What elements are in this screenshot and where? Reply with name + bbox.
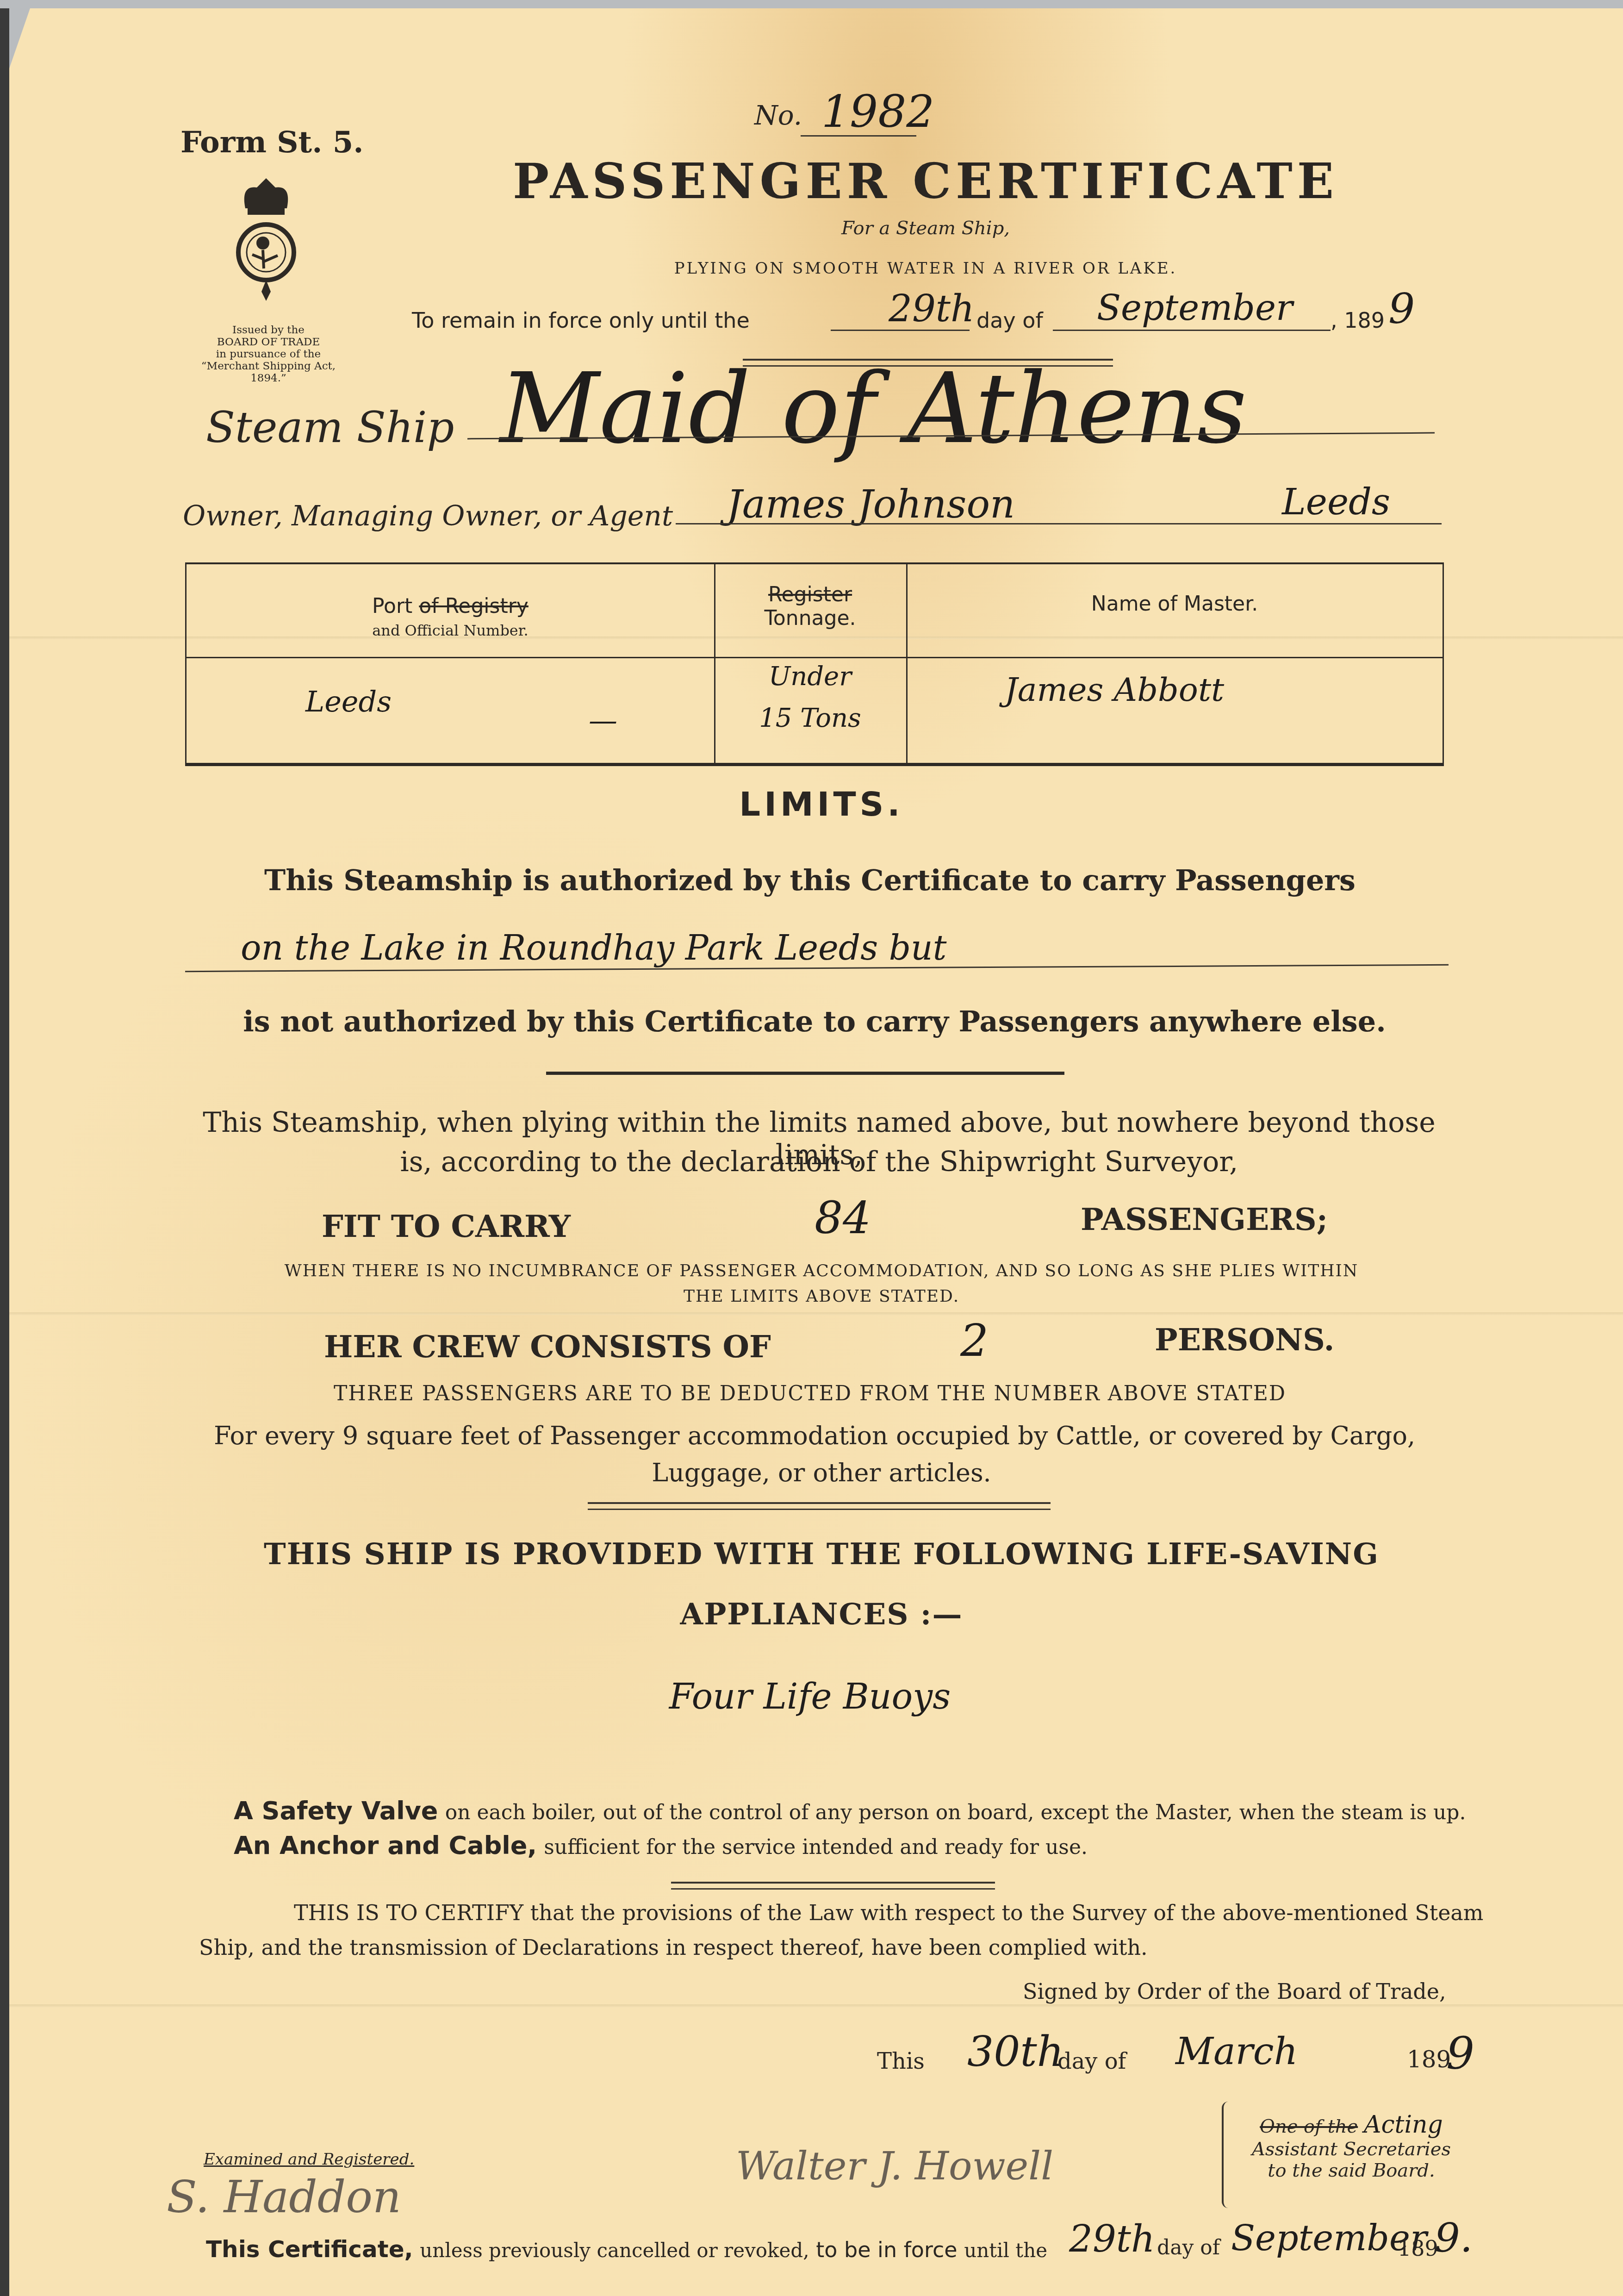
appliances-items: Four Life Buoys xyxy=(555,1676,1064,1717)
port-header-sub: and Official Number. xyxy=(187,622,714,639)
safety-valve-label: A Safety Valve xyxy=(234,1796,438,1825)
registry-table: Port of Registry and Official Number. Re… xyxy=(185,562,1444,766)
certificate-number-value: 1982 xyxy=(821,86,934,137)
capacity-separator xyxy=(588,1502,1051,1510)
footer-in-force: to be in force xyxy=(816,2237,957,2262)
footer-year-prefix: 189 xyxy=(1398,2236,1438,2261)
owner-underline xyxy=(676,523,1442,524)
crew-count: 2 xyxy=(960,1315,989,1366)
expiry-day-of-label: day of xyxy=(976,308,1043,333)
issue-year-prefix: 189 xyxy=(1407,2046,1451,2073)
owner-name: James Johnson xyxy=(727,481,1015,527)
footer-lead: This Certificate, xyxy=(206,2236,413,2263)
limits-separator xyxy=(546,1072,1064,1075)
tonnage-value-line1: Under xyxy=(714,661,906,692)
fit-to-carry-label: FIT TO CARRY xyxy=(322,1208,571,1244)
anchor-text: sufficient for the service intended and … xyxy=(544,1835,1088,1859)
passengers-label: PASSENGERS; xyxy=(1081,1201,1328,1237)
validity-footer: This Certificate, unless previously canc… xyxy=(206,2236,1047,2263)
safety-valve-line: A Safety Valve on each boiler, out of th… xyxy=(234,1796,1466,1825)
tonnage-header: Register Tonnage. xyxy=(714,583,906,630)
issue-year-suffix: 9 xyxy=(1446,2028,1474,2079)
not-authorized-clause: is not authorized by this Certificate to… xyxy=(185,1004,1444,1038)
issued-by-line: Issued by the xyxy=(185,324,352,336)
port-header-main: Port xyxy=(372,594,412,618)
every-9-sqft-line2: Luggage, or other articles. xyxy=(602,1458,1041,1487)
condition-line1: WHEN THERE IS NO INCUMBRANCE OF PASSENGE… xyxy=(185,1261,1458,1280)
limits-area: on the Lake in Roundhay Park Leeds but xyxy=(241,928,946,968)
certificate-subtitle: For a Steam Ship, xyxy=(694,218,1157,239)
anchor-label: An Anchor and Cable, xyxy=(234,1831,537,1860)
examiner-signature: S. Haddon xyxy=(167,2171,401,2223)
deduct-clause: THREE PASSENGERS ARE TO BE DEDUCTED FROM… xyxy=(278,1382,1342,1405)
ship-name: Maid of Athens xyxy=(500,352,1247,465)
certify-text: that the provisions of the Law with resp… xyxy=(530,1900,1484,1925)
table-row-divider xyxy=(187,657,1443,658)
issued-by-line: BOARD OF TRADE xyxy=(185,336,352,348)
number-underline xyxy=(801,135,916,137)
crew-label: HER CREW CONSISTS OF xyxy=(324,1329,771,1365)
capacity-line2: is, according to the declaration of the … xyxy=(176,1146,1462,1178)
certify-line1: THIS IS TO CERTIFY that the provisions o… xyxy=(294,1900,1483,1925)
owner-place: Leeds xyxy=(1282,481,1390,523)
issue-this-label: This xyxy=(877,2048,925,2074)
port-header: Port of Registry and Official Number. xyxy=(187,594,714,639)
scanner-frame-left xyxy=(0,8,9,2296)
issued-by-line: in pursuance of the xyxy=(185,348,352,360)
safety-valve-text: on each boiler, out of the control of an… xyxy=(445,1801,1466,1824)
certify-caps: THIS IS TO CERTIFY xyxy=(294,1900,523,1925)
steam-ship-label: Steam Ship xyxy=(206,403,454,452)
title-line3: to the said Board. xyxy=(1231,2160,1472,2181)
master-value: James Abbott xyxy=(906,671,1323,709)
port-header-struck: of Registry xyxy=(419,594,529,618)
expiry-year-suffix: 9 xyxy=(1388,285,1415,333)
condition-line2: THE LIMITS ABOVE STATED. xyxy=(602,1287,1041,1306)
plying-clause: PLYING ON SMOOTH WATER IN A RIVER OR LAK… xyxy=(555,259,1296,278)
issue-month: March xyxy=(1175,2030,1298,2073)
footer-day-of: day of xyxy=(1157,2236,1220,2259)
issued-by-block: Issued by the BOARD OF TRADE in pursuanc… xyxy=(185,324,352,384)
tonnage-header-struck: Register xyxy=(714,583,906,606)
issue-day-of-label: day of xyxy=(1057,2048,1126,2074)
scanner-frame-top xyxy=(0,0,1623,8)
appliances-heading-line1: THIS SHIP IS PROVIDED WITH THE FOLLOWING… xyxy=(185,1537,1458,1572)
paper-fold-line xyxy=(9,2004,1623,2007)
passenger-capacity: 84 xyxy=(815,1192,871,1244)
every-9-sqft-line1: For every 9 square feet of Passenger acc… xyxy=(185,1421,1444,1450)
footer-day: 29th xyxy=(1069,2217,1155,2260)
port-value: Leeds xyxy=(279,685,418,718)
crew-suffix: PERSONS. xyxy=(1155,1322,1335,1358)
authorized-clause: This Steamship is authorized by this Cer… xyxy=(185,863,1435,897)
footer-year-suffix: 9. xyxy=(1435,2215,1473,2261)
expiry-day: 29th xyxy=(889,287,974,330)
paper-fold-line xyxy=(9,1312,1623,1315)
expiry-month-underline xyxy=(1053,330,1331,331)
footer-until: until the xyxy=(964,2239,1047,2262)
expiry-month: September xyxy=(1097,287,1293,328)
master-header: Name of Master. xyxy=(906,592,1443,616)
footer-middle: unless previously cancelled or revoked, xyxy=(420,2239,809,2262)
issued-by-line: “Merchant Shipping Act, 1894.” xyxy=(185,360,352,384)
examined-registered-label: Examined and Registered. xyxy=(204,2150,414,2169)
secretary-title: One of the Acting Assistant Secretaries … xyxy=(1231,2111,1472,2181)
limits-heading: LIMITS. xyxy=(463,785,1180,824)
tonnage-header-label: Tonnage. xyxy=(714,606,906,630)
title-line2: Assistant Secretaries xyxy=(1231,2139,1472,2160)
board-of-trade-crest-icon xyxy=(231,176,301,306)
certificate-number-label: No. xyxy=(754,100,802,131)
title-brace xyxy=(1222,2102,1228,2208)
appliances-separator xyxy=(671,1882,995,1890)
title-struck: One of the xyxy=(1260,2116,1358,2137)
certificate-title: PASSENGER CERTIFICATE xyxy=(509,153,1342,210)
secretary-signature: Walter J. Howell xyxy=(736,2143,1053,2189)
appliances-heading-line2: APPLIANCES :— xyxy=(602,1597,1041,1632)
tonnage-value-line2: 15 Tons xyxy=(714,703,906,733)
remain-in-force-label: To remain in force only until the xyxy=(412,308,750,333)
issue-day: 30th xyxy=(967,2028,1064,2076)
title-insert: Acting xyxy=(1364,2111,1443,2139)
form-id: Form St. 5. xyxy=(180,125,364,160)
anchor-line: An Anchor and Cable, sufficient for the … xyxy=(234,1831,1088,1860)
owner-label: Owner, Managing Owner, or Agent xyxy=(183,500,673,532)
signed-by-order: Signed by Order of the Board of Trade, xyxy=(1023,1979,1446,2004)
certify-line2: Ship, and the transmission of Declaratio… xyxy=(199,1935,1148,1960)
expiry-year-prefix: , 189 xyxy=(1331,308,1385,333)
expiry-day-underline xyxy=(831,330,970,331)
official-number-value: — xyxy=(557,703,649,737)
